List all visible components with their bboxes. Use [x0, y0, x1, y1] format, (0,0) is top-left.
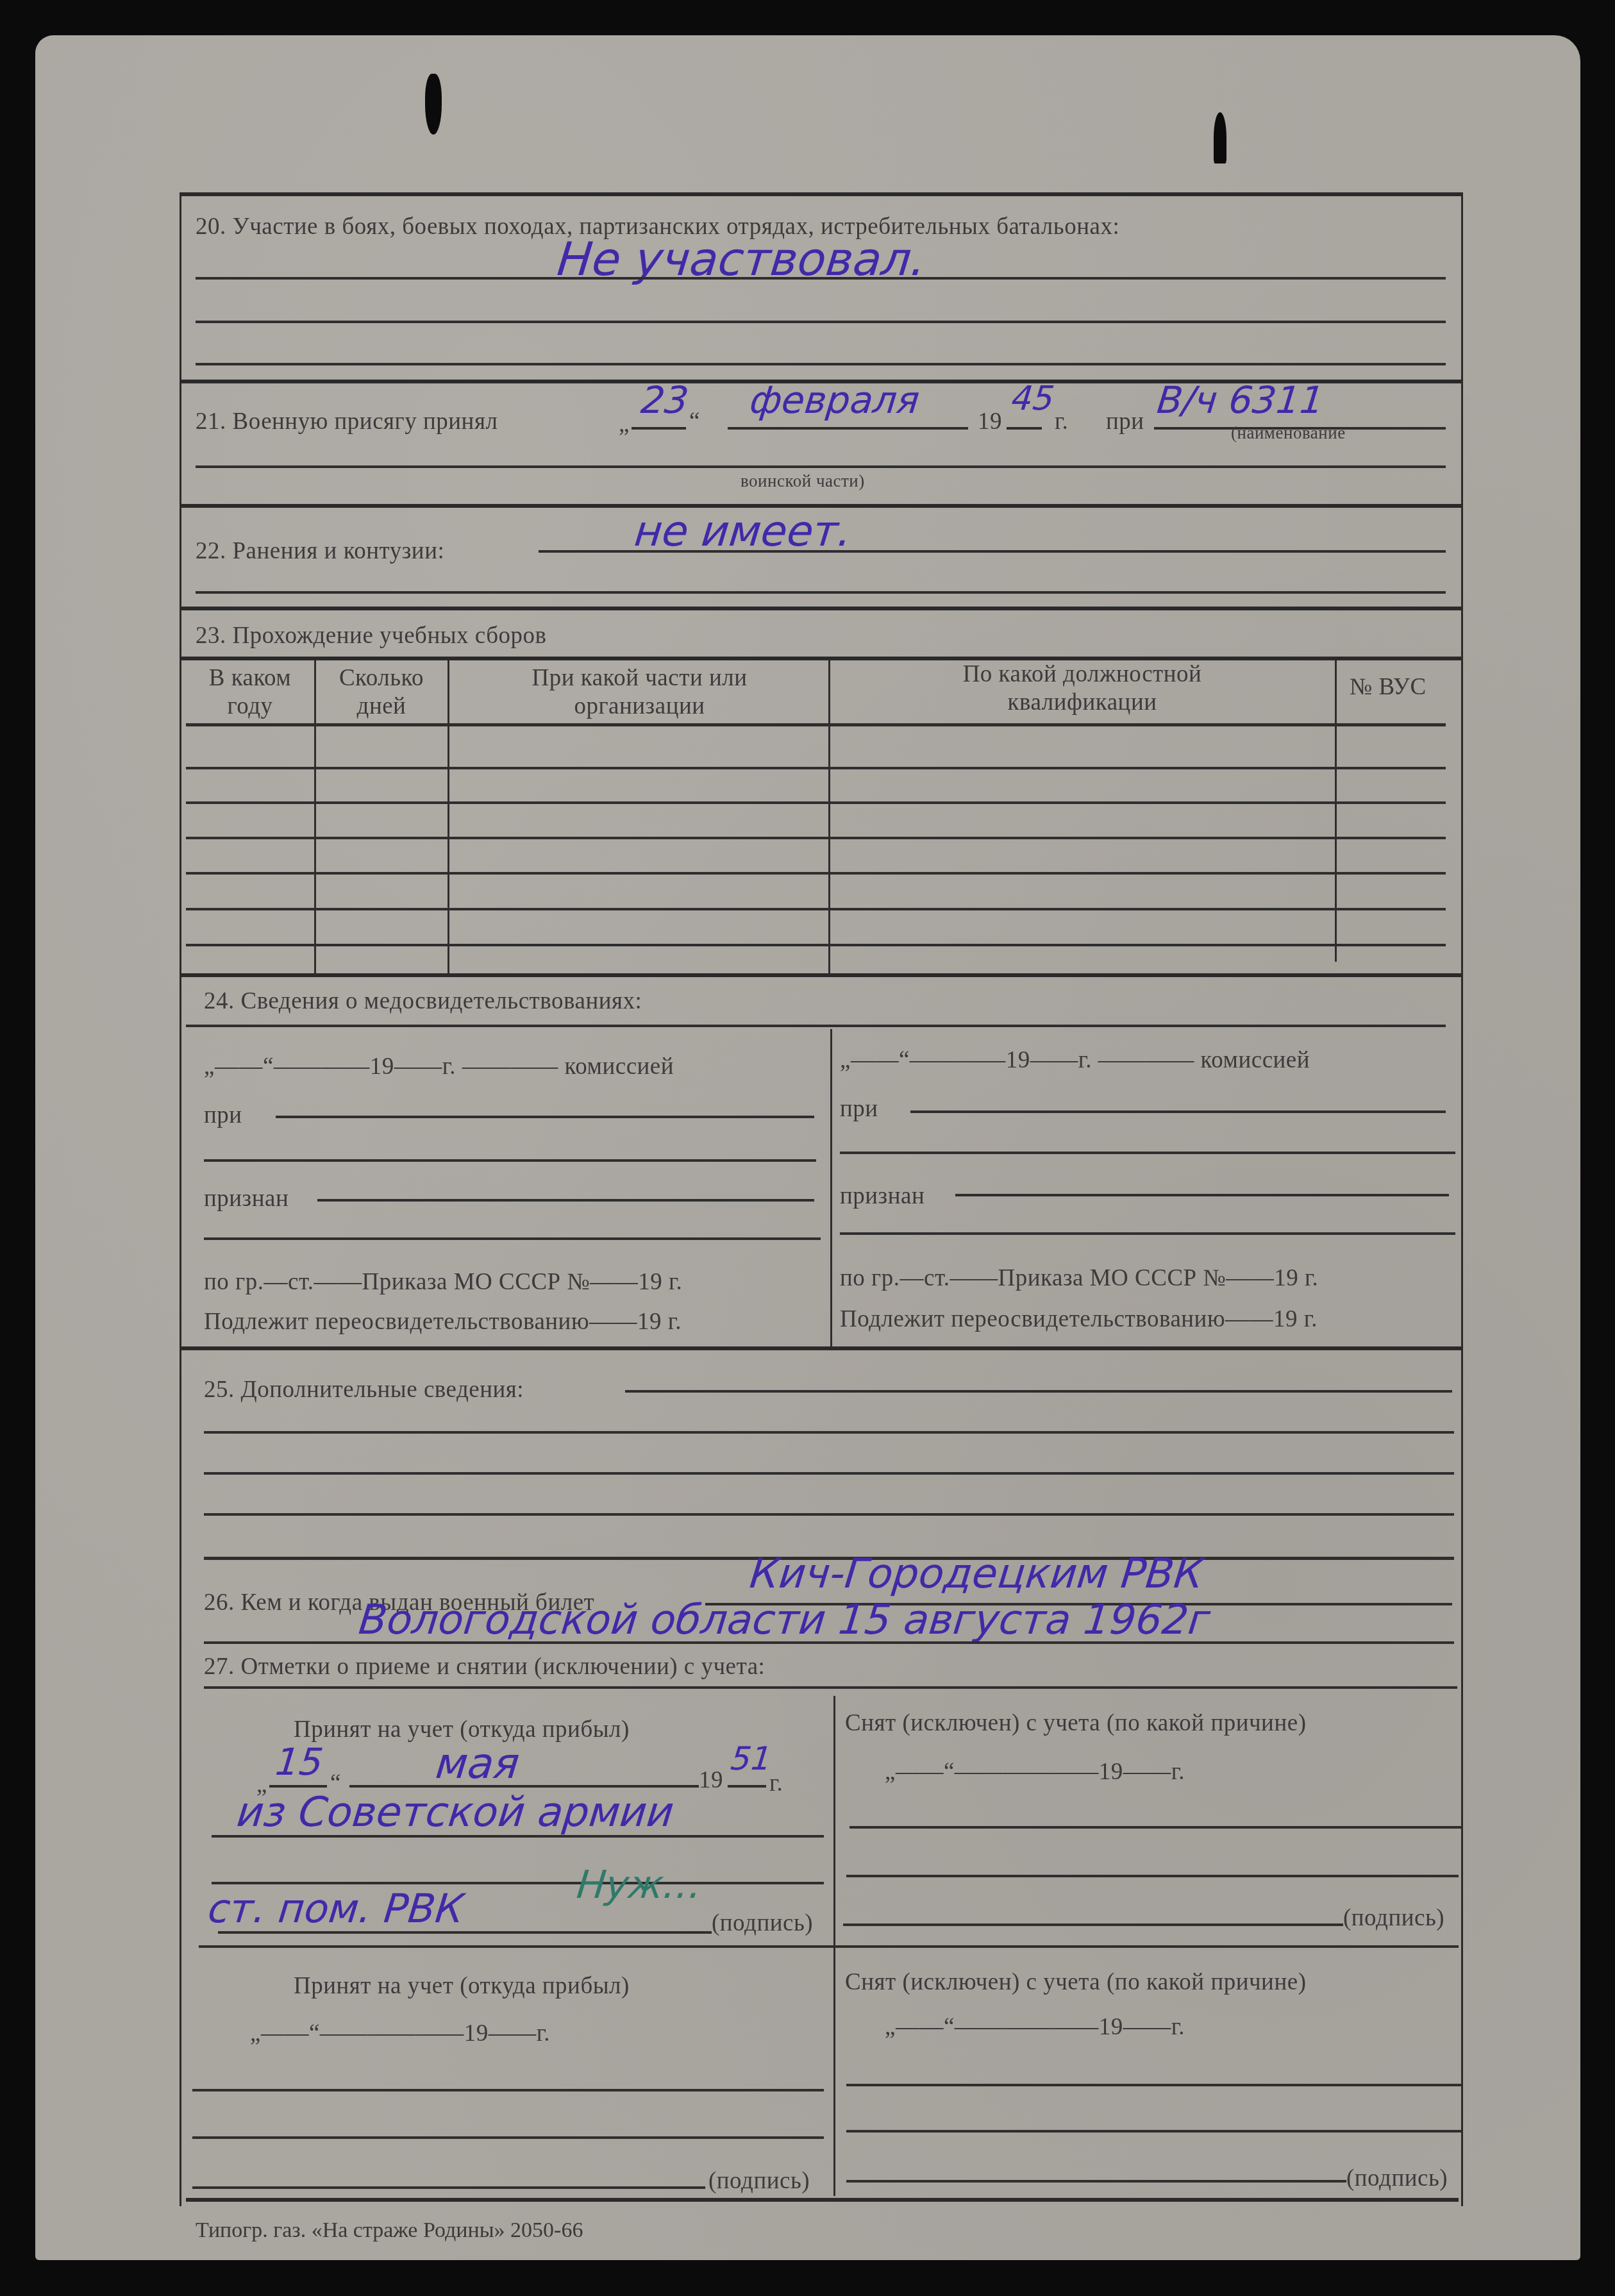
- med-left-priznan: признан: [204, 1185, 289, 1212]
- med-left-line-2: [204, 1159, 816, 1162]
- punch-hole-right: [1214, 112, 1226, 163]
- reg-in-day-line: [269, 1785, 327, 1788]
- section-24-label: 24. Сведения о медосвидетельствованиях:: [204, 987, 642, 1015]
- table-row: [186, 908, 1446, 910]
- reg-in-year: 51: [729, 1740, 774, 1777]
- section-26-value-line-1: Кич-Городецким РВК: [748, 1550, 1205, 1598]
- med-right-reexam: Подлежит переосвидетельствованию——19 г.: [840, 1305, 1318, 1333]
- section-25-line-2: [204, 1431, 1454, 1434]
- med-left-priznan-line: [317, 1199, 814, 1202]
- section-22-label: 22. Ранения и контузии:: [196, 537, 444, 565]
- unit-caption-1: (наименование: [1231, 423, 1346, 443]
- month-line: [728, 427, 968, 430]
- dereg2-signature-line: [846, 2180, 1346, 2183]
- dereg2-podpis: (подпись): [1346, 2165, 1448, 2192]
- med-right-pri: при: [840, 1095, 878, 1123]
- dereg-line-2: [846, 1875, 1459, 1877]
- med-left-reexam: Подлежит переосвидетельствованию——19 г.: [204, 1308, 682, 1336]
- med-right-line-4: [840, 1232, 1455, 1235]
- section-22-value: не имеет.: [632, 507, 854, 556]
- section-divider: [181, 607, 1461, 610]
- form-bottom-border: [186, 2198, 1459, 2202]
- oath-month: февраля: [748, 378, 921, 422]
- section-26-value-line-2: Вологодской области 15 августа 1962г: [356, 1596, 1212, 1644]
- reg-in-day: 15: [273, 1740, 325, 1784]
- reg-in2-signature-line: [192, 2186, 705, 2189]
- pri-label: при: [1106, 408, 1144, 435]
- reg-in-line-3: [212, 1882, 824, 1884]
- med-right-line-2: [840, 1152, 1455, 1154]
- reg-in-g: г.: [769, 1770, 783, 1797]
- section-20-line-1: [196, 277, 1446, 280]
- col-header-unit: При какой части илиорганизации: [452, 664, 827, 721]
- reg-in-month-line: [349, 1785, 699, 1788]
- reg-in-date-line-2: „——“——————19——г.: [250, 2020, 550, 2047]
- printer-imprint: Типогр. газ. «На страже Родины» 2050-66: [196, 2218, 583, 2243]
- year-prefix: 19: [978, 408, 1002, 435]
- med-left-order: по гр.—ст.——Приказа МО СССР №——19 г.: [204, 1268, 682, 1296]
- med-right-pri-line: [910, 1110, 1446, 1113]
- section-divider: [181, 1346, 1461, 1350]
- dereg-date-line: „——“——————19——г.: [885, 1758, 1185, 1786]
- section-27-top-line: [204, 1686, 1457, 1689]
- oath-unit: В/ч 6311: [1155, 378, 1326, 422]
- reg-in-podpis: (подпись): [712, 1909, 813, 1937]
- section-20-line-2: [196, 321, 1446, 323]
- reg-in-line-2: [212, 1835, 824, 1838]
- table-row: [186, 872, 1446, 875]
- med-left-pri-line: [276, 1116, 814, 1118]
- table-row: [186, 801, 1446, 804]
- med-right-priznan-line: [955, 1194, 1449, 1196]
- section-26-line-2: [204, 1641, 1454, 1644]
- section-25-line-1: [625, 1390, 1452, 1393]
- oath-year: 45: [1010, 380, 1056, 418]
- quote-close: “: [689, 408, 700, 435]
- med-left-date-line: „——“————19——г. ———— комиссией: [204, 1053, 674, 1080]
- reg-in-title-2: Принят на учет (откуда прибыл): [294, 1972, 630, 2000]
- section-21-label: 21. Военную присягу принял: [196, 408, 498, 435]
- reg-in2-line-2: [192, 2136, 824, 2139]
- dereg-line-1: [849, 1826, 1462, 1829]
- col-header-days: Сколькодней: [317, 664, 446, 721]
- reg-in-signature: Нуж…: [574, 1863, 704, 1907]
- punch-hole-left: [425, 74, 442, 135]
- col-divider: [828, 660, 830, 975]
- col-divider: [448, 660, 449, 975]
- reg-in-year-line: [728, 1785, 766, 1788]
- table-header-bottom: [186, 723, 1446, 726]
- col-header-year: В какомгоду: [189, 664, 311, 721]
- med-right-order: по гр.—ст.——Приказа МО СССР №——19 г.: [840, 1264, 1318, 1292]
- section-25-label: 25. Дополнительные сведения:: [204, 1376, 524, 1404]
- dereg2-line-2: [846, 2130, 1462, 2133]
- med-right-date-line: „——“————19——г. ———— комиссией: [840, 1046, 1310, 1074]
- med-right-priznan: признан: [840, 1182, 925, 1210]
- dereg-title: Снят (исключен) с учета (по какой причин…: [845, 1709, 1306, 1737]
- oath-day: 23: [639, 378, 690, 422]
- reg-in-signature-line: [218, 1931, 712, 1934]
- section-23-label: 23. Прохождение учебных сборов: [196, 622, 547, 649]
- section-27-mid-line: [199, 1945, 1459, 1948]
- table-row: [186, 837, 1446, 839]
- section-divider: [181, 973, 1461, 977]
- reg-in2-line-1: [192, 2089, 824, 2091]
- col-divider: [830, 1029, 832, 1350]
- col-divider: [314, 660, 316, 975]
- dereg-date-line-2: „——“——————19——г.: [885, 2013, 1185, 2041]
- unit-caption-2: воинской части): [741, 471, 865, 491]
- med-left-line-4: [204, 1237, 821, 1240]
- table-row: [186, 944, 1446, 946]
- dereg-podpis: (подпись): [1343, 1904, 1444, 1932]
- reg-in-year-prefix: 19: [699, 1766, 723, 1794]
- med-left-pri: при: [204, 1102, 242, 1129]
- table-row: [186, 767, 1446, 769]
- section-20-line-3: [196, 363, 1446, 365]
- section-27-label: 27. Отметки о приеме и снятии (исключени…: [204, 1653, 765, 1680]
- year-g: г.: [1055, 408, 1068, 435]
- dereg2-line-1: [846, 2084, 1462, 2086]
- section-24-top-line: [186, 1025, 1446, 1027]
- reg-in-position: ст. пом. РВК: [206, 1885, 466, 1932]
- section-25-line-4: [204, 1513, 1454, 1516]
- reg-in-month: мая: [433, 1739, 522, 1788]
- quote-open: „: [619, 410, 630, 438]
- section-22-line-2: [196, 591, 1446, 594]
- section-25-line-3: [204, 1472, 1454, 1475]
- year-line: [1007, 427, 1042, 430]
- dereg-signature-line: [843, 1923, 1343, 1926]
- reg-in-from: из Советской армии: [235, 1789, 676, 1836]
- col-divider: [1335, 660, 1337, 962]
- dereg-title-2: Снят (исключен) с учета (по какой причин…: [845, 1968, 1306, 1996]
- day-line: [632, 427, 686, 430]
- col-header-qualification: По какой должностнойквалификации: [832, 660, 1332, 717]
- col-header-vus: № ВУС: [1350, 673, 1427, 701]
- unit-line-2: [196, 465, 1446, 468]
- reg-in2-podpis: (подпись): [708, 2167, 810, 2195]
